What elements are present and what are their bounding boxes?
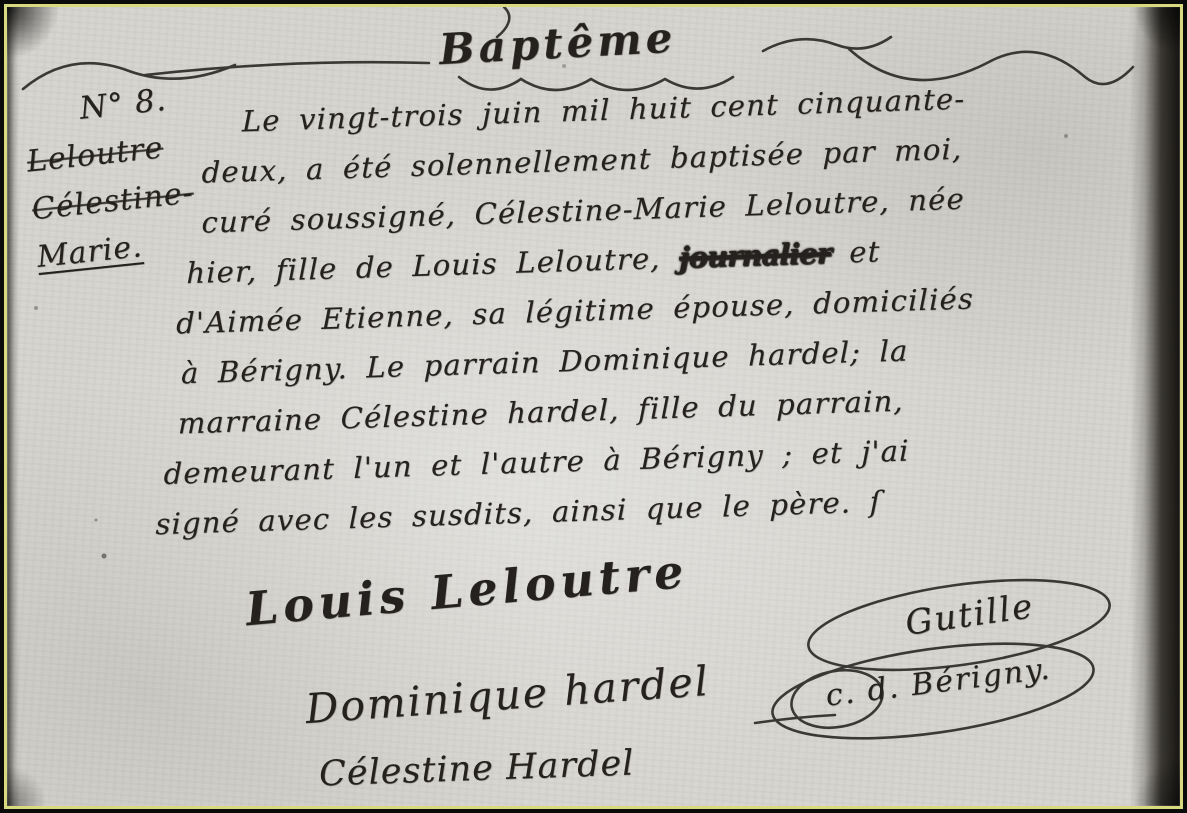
page-title: Baptême [438,13,678,74]
page-edge-right [1130,7,1180,806]
signature-godmother: Célestine Hardel [318,744,635,795]
scanned-register-page: Baptême N° 8. Leloutre Célestine- Marie.… [0,0,1187,813]
signature-godfather: Dominique hardel [304,657,711,733]
paper-sheet: Baptême N° 8. Leloutre Célestine- Marie.… [4,4,1183,809]
act-body: Le vingt-trois juin mil huit cent cinqua… [155,67,1166,549]
signature-father: Louis Leloutre [243,544,690,636]
page-edge-left [7,7,19,806]
body-line-4-prefix: hier, fille de Louis Leloutre, [186,241,679,291]
flourish-godfather-underline [755,715,835,723]
struck-word: journalier [679,236,831,275]
signature-priest-place: c. d. Bérigny. [824,651,1053,713]
body-line-4-suffix: et [831,234,881,270]
flourish-title-tail [763,37,891,51]
signature-priest: Gutille [903,586,1037,644]
